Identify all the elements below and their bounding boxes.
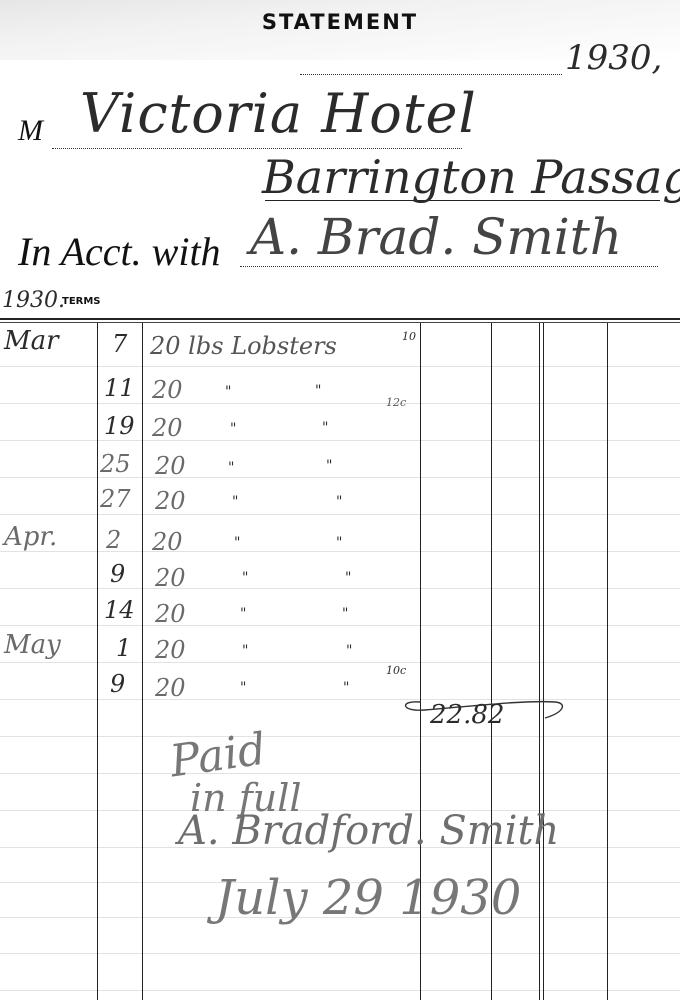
entry-unit-ditto: " bbox=[230, 421, 236, 437]
ruled-line bbox=[0, 773, 680, 774]
ruled-line bbox=[0, 736, 680, 737]
entry-item-ditto: " bbox=[336, 494, 342, 510]
entry-day: 1 bbox=[116, 634, 131, 662]
entry-qty: 20 bbox=[155, 564, 186, 592]
entry-unit-ditto: " bbox=[240, 606, 246, 622]
column-rule-balance bbox=[607, 323, 608, 1000]
ledger-top-rule-inner bbox=[0, 322, 680, 323]
recipient-address: Barrington Passage bbox=[262, 150, 680, 204]
ledger-year: 1930. bbox=[2, 288, 65, 313]
ruled-line bbox=[0, 440, 680, 441]
ruled-line bbox=[0, 625, 680, 626]
entry-qty: 20 bbox=[152, 414, 183, 442]
receipt-date: July 29 1930 bbox=[215, 870, 521, 926]
entry-day: 9 bbox=[110, 670, 125, 698]
ruled-line bbox=[0, 551, 680, 552]
terms-label: TERMS bbox=[62, 296, 101, 307]
total-amount: 22.82 bbox=[430, 700, 504, 730]
column-rule-month-day bbox=[97, 323, 98, 1000]
entry-item-ditto: " bbox=[342, 606, 348, 622]
entry-qty: 20 bbox=[155, 487, 186, 515]
entry-unit-ditto: " bbox=[225, 384, 231, 400]
entry-item-ditto: " bbox=[315, 383, 321, 399]
recipient-line bbox=[52, 148, 462, 149]
column-rule-day-description bbox=[142, 323, 143, 1000]
entry-day: 14 bbox=[104, 596, 135, 624]
entry-day: 25 bbox=[100, 450, 131, 478]
ruled-line bbox=[0, 403, 680, 404]
ledger-top-rule bbox=[0, 318, 680, 320]
column-rule-double-left bbox=[539, 323, 540, 1000]
entry-unit-ditto: " bbox=[240, 680, 246, 696]
entry-item-ditto: " bbox=[336, 535, 342, 551]
ruled-line bbox=[0, 990, 680, 991]
entry-unit-ditto: " bbox=[242, 570, 248, 586]
entry-unit-price: 10c bbox=[386, 664, 406, 677]
entry-item-ditto: " bbox=[326, 458, 332, 474]
entry-day: 9 bbox=[110, 560, 125, 588]
entry-unit-ditto: " bbox=[242, 643, 248, 659]
entry-item-ditto: " bbox=[345, 570, 351, 586]
entry-description: 20 lbs Lobsters bbox=[150, 332, 337, 360]
entry-month: Apr. bbox=[4, 522, 57, 552]
entry-qty: 20 bbox=[155, 600, 186, 628]
ruled-line bbox=[0, 953, 680, 954]
entry-day: 11 bbox=[104, 374, 135, 402]
ruled-line bbox=[0, 514, 680, 515]
page-title: STATEMENT bbox=[0, 10, 680, 34]
date-year: 1930, bbox=[565, 38, 662, 78]
recipient-prefix: M bbox=[18, 114, 43, 148]
entry-month: Mar bbox=[4, 326, 59, 356]
entry-qty: 20 bbox=[152, 376, 183, 404]
entry-item-ditto: " bbox=[346, 643, 352, 659]
entry-unit-price: 12c bbox=[386, 396, 406, 409]
entry-unit-ditto: " bbox=[232, 494, 238, 510]
entry-day: 2 bbox=[106, 526, 121, 554]
date-line bbox=[300, 74, 562, 75]
entry-month: May bbox=[4, 630, 61, 660]
entry-qty: 20 bbox=[155, 452, 186, 480]
entry-unit-price: 10 bbox=[402, 330, 416, 343]
entry-unit-ditto: " bbox=[234, 535, 240, 551]
entry-unit-ditto: " bbox=[228, 460, 234, 476]
entry-qty: 20 bbox=[155, 636, 186, 664]
entry-qty: 20 bbox=[152, 528, 183, 556]
entry-day: 7 bbox=[112, 330, 127, 358]
entry-day: 27 bbox=[100, 485, 131, 513]
entry-day: 19 bbox=[104, 412, 135, 440]
in-account-with-label: In Acct. with bbox=[18, 228, 221, 275]
vendor-line bbox=[240, 266, 658, 267]
receipt-signature: A. Bradford. Smith bbox=[178, 808, 559, 854]
ruled-line bbox=[0, 662, 680, 663]
entry-qty: 20 bbox=[155, 674, 186, 702]
column-rule-double-right bbox=[543, 323, 544, 1000]
vendor-name: A. Brad. Smith bbox=[250, 208, 622, 266]
entry-item-ditto: " bbox=[322, 420, 328, 436]
ruled-line bbox=[0, 699, 680, 700]
entry-item-ditto: " bbox=[343, 680, 349, 696]
ruled-line bbox=[0, 366, 680, 367]
ruled-line bbox=[0, 588, 680, 589]
recipient-name: Victoria Hotel bbox=[80, 82, 477, 145]
